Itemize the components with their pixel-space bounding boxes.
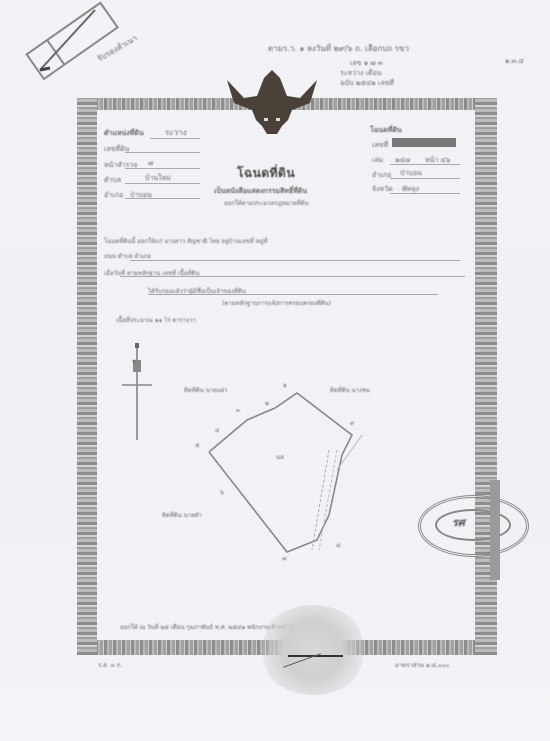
- field-label: โฉนดที่ดิน: [370, 125, 402, 136]
- field-label: เล่ม: [372, 155, 383, 166]
- map-marker: ๖: [220, 487, 224, 497]
- subtitle-1: เป็นหนังสือแสดงกรรมสิทธิ์ที่ดิน: [214, 186, 307, 197]
- official-seal-icon: [258, 605, 368, 695]
- map-marker: ๒: [265, 398, 269, 408]
- map-marker: ๕: [195, 440, 200, 450]
- annotation-line-1: ตามร.ว. ๑ ลงวันที่ ๒๙/๖ ถ. เลือกบถ รขว: [268, 42, 409, 55]
- map-marker: ๔: [215, 425, 220, 435]
- border-left: [77, 98, 97, 655]
- document-title: โฉนดที่ดิน: [237, 164, 295, 183]
- field-label: เลขที่: [372, 140, 388, 151]
- field-label: อำเภอ: [104, 190, 123, 201]
- map-marker: ๑: [283, 380, 287, 390]
- map-marker: ๘: [336, 540, 341, 550]
- field-label: เลขที่ดิน: [104, 144, 129, 155]
- scanned-document: รับรองสำเนา ตามร.ว. ๑ ลงวันที่ ๒๙/๖ ถ. เ…: [0, 0, 550, 741]
- map-marker: ๗: [282, 553, 287, 563]
- field-label: ตำบล: [104, 175, 121, 186]
- land-plot-map: [97, 340, 475, 570]
- north-arrow-icon: [122, 343, 152, 440]
- subtitle-2: ออกให้ตามประมวลกฎหมายที่ดิน: [224, 198, 309, 208]
- body-line: เนื้อที่ประมาณ ๑๑ ไร่ ตารางวา: [116, 315, 196, 325]
- map-marker: ๙: [350, 418, 354, 428]
- neighbor-label-sw: ติดที่ดิน นายดำ: [162, 510, 202, 520]
- body-line: (ตามหลักฐานการแจ้งการครอบครองที่ดิน): [222, 298, 331, 308]
- field-label: หน้าสำรวจ: [104, 160, 137, 171]
- north-label: น: [132, 356, 136, 366]
- annotation-code: ๑.๓.๔: [505, 56, 524, 67]
- area-label: นส: [276, 452, 284, 462]
- annotation-line-4: ฉบับ ๒๕๔๒ เลขที่: [340, 78, 394, 89]
- map-marker: ๓: [236, 405, 240, 415]
- garuda-emblem-icon: [222, 68, 322, 138]
- stamp-initials: รศ: [452, 513, 465, 531]
- footer-left: ร.ส. ๓ ก.: [98, 660, 122, 670]
- field-label: ตำแหน่งที่ดิน: [104, 128, 144, 139]
- field-label: อำเภอ: [372, 170, 391, 181]
- neighbor-label-ne: ติดที่ดิน นางชม: [330, 385, 370, 395]
- footer-right: มาตราส่วน ๑:๔,๐๐๐: [395, 660, 449, 670]
- certified-copy-stamp: [418, 495, 529, 557]
- redacted-deed-number: [392, 138, 456, 147]
- body-line: โฉนดที่ดินนี้ ออกให้แก่ นางสาว สัญชาติ ไ…: [104, 236, 267, 246]
- field-value: ป่าบอน: [130, 190, 152, 201]
- neighbor-label-nw: ติดที่ดิน นายแผ่ว: [184, 385, 227, 395]
